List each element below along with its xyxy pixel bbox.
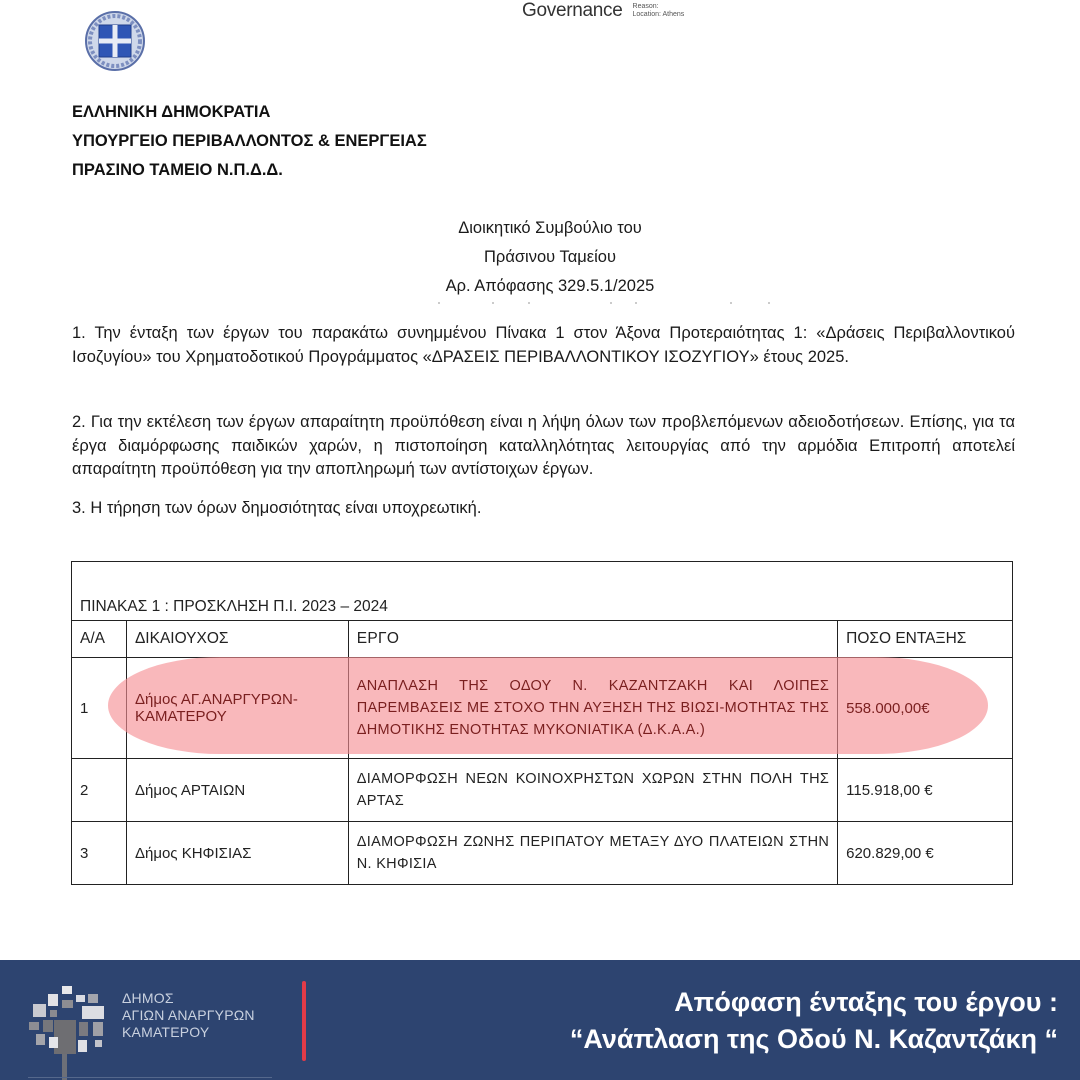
row-project: ΔΙΑΜΟΡΦΩΣΗ ΖΩΝΗΣ ΠΕΡΙΠΑΤΟΥ ΜΕΤΑΞΥ ΔΥΟ ΠΛ… [348,822,837,885]
logo-line: ΚΑΜΑΤΕΡΟΥ [122,1024,255,1041]
digital-signature-stamp: Governance Reason: Location: Athens [522,0,684,24]
decision-header: Διοικητικό Συμβούλιο του Πράσινου Ταμείο… [350,214,750,301]
logo-line: ΑΓΙΩΝ ΑΝΑΡΓΥΡΩΝ [122,1007,255,1024]
table-row: 1 Δήμος ΑΓ.ΑΝΑΡΓΥΡΩΝ-ΚΑΜΑΤΕΡΟΥ ΑΝΑΠΛΑΣΗ … [72,658,1013,759]
decision-paragraph-1: 1. Την ένταξη των έργων του παρακάτω συν… [72,322,1015,369]
document-page: Governance Reason: Location: Athens ΕΛΛΗ… [0,0,1080,960]
row-aa: 1 [72,658,127,759]
table-row: 3 Δήμος ΚΗΦΙΣΙΑΣ ΔΙΑΜΟΡΦΩΣΗ ΖΩΝΗΣ ΠΕΡΙΠΑ… [72,822,1013,885]
signature-reason: Reason: [633,3,685,11]
header-project: ΕΡΓΟ [348,621,837,658]
headline-line-1: Απόφαση ένταξης του έργου : [570,984,1058,1021]
decision-paragraph-3: 3. Η τήρηση των όρων δημοσιότητας είναι … [72,497,1015,521]
headline-line-2: “Ανάπλαση της Οδού Ν. Καζαντζάκη “ [570,1021,1058,1058]
signature-location: Location: Athens [633,11,685,19]
row-beneficiary: Δήμος ΑΡΤΑΙΩΝ [126,759,348,822]
scan-artifact-dots [430,302,780,308]
signature-meta: Reason: Location: Athens [633,3,685,19]
header-aa: Α/Α [72,621,127,658]
row-beneficiary: Δήμος ΚΗΦΙΣΙΑΣ [126,822,348,885]
row-amount: 558.000,00€ [838,658,1013,759]
row-amount: 115.918,00 € [838,759,1013,822]
municipality-logo-icon [24,982,108,1080]
issuing-organization: ΕΛΛΗΝΙΚΗ ΔΗΜΟΚΡΑΤΙΑ ΥΠΟΥΡΓΕΙΟ ΠΕΡΙΒΑΛΛΟΝ… [72,98,427,185]
footer-headline: Απόφαση ένταξης του έργου : “Ανάπλαση τη… [570,984,1058,1058]
logo-line: ΔΗΜΟΣ [122,990,255,1007]
projects-table: ΠΙΝΑΚΑΣ 1 : ΠΡΟΣΚΛΗΣΗ Π.Ι. 2023 – 2024 Α… [71,561,1013,885]
org-line: ΥΠΟΥΡΓΕΙΟ ΠΕΡΙΒΑΛΛΟΝΤΟΣ & ΕΝΕΡΓΕΙΑΣ [72,127,427,156]
org-line: ΠΡΑΣΙΝΟ ΤΑΜΕΙΟ Ν.Π.Δ.Δ. [72,156,427,185]
row-amount: 620.829,00 € [838,822,1013,885]
table-caption: ΠΙΝΑΚΑΣ 1 : ΠΡΟΣΚΛΗΣΗ Π.Ι. 2023 – 2024 [72,562,1013,621]
row-project: ΑΝΑΠΛΑΣΗ ΤΗΣ ΟΔΟΥ Ν. ΚΑΖΑΝΤΖΑΚΗ ΚΑΙ ΛΟΙΠ… [348,658,837,759]
header-amount: ΠΟΣΟ ΕΝΤΑΞΗΣ [838,621,1013,658]
row-project: ΔΙΑΜΟΡΦΩΣΗ ΝΕΩΝ ΚΟΙΝΟΧΡΗΣΤΩΝ ΧΩΡΩΝ ΣΤΗΝ … [348,759,837,822]
council-line: Πράσινου Ταμείου [350,243,750,272]
row-beneficiary: Δήμος ΑΓ.ΑΝΑΡΓΥΡΩΝ-ΚΑΜΑΤΕΡΟΥ [126,658,348,759]
signature-governance-text: Governance [522,0,623,22]
header-beneficiary: ΔΙΚΑΙΟΥΧΟΣ [126,621,348,658]
decision-paragraph-2: 2. Για την εκτέλεση των έργων απαραίτητη… [72,411,1015,482]
org-line: ΕΛΛΗΝΙΚΗ ΔΗΜΟΚΡΑΤΙΑ [72,98,427,127]
row-aa: 2 [72,759,127,822]
footer-banner: ΔΗΜΟΣ ΑΓΙΩΝ ΑΝΑΡΓΥΡΩΝ ΚΑΜΑΤΕΡΟΥ Απόφαση … [0,960,1080,1080]
decision-number: Αρ. Απόφασης 329.5.1/2025 [350,272,750,301]
table-row: 2 Δήμος ΑΡΤΑΙΩΝ ΔΙΑΜΟΡΦΩΣΗ ΝΕΩΝ ΚΟΙΝΟΧΡΗ… [72,759,1013,822]
council-line: Διοικητικό Συμβούλιο του [350,214,750,243]
municipality-name: ΔΗΜΟΣ ΑΓΙΩΝ ΑΝΑΡΓΥΡΩΝ ΚΑΜΑΤΕΡΟΥ [122,990,255,1041]
greek-state-emblem-icon [84,10,146,72]
logo-underline [28,1077,272,1078]
table-header-row: Α/Α ΔΙΚΑΙΟΥΧΟΣ ΕΡΓΟ ΠΟΣΟ ΕΝΤΑΞΗΣ [72,621,1013,658]
row-aa: 3 [72,822,127,885]
accent-divider [302,981,306,1061]
